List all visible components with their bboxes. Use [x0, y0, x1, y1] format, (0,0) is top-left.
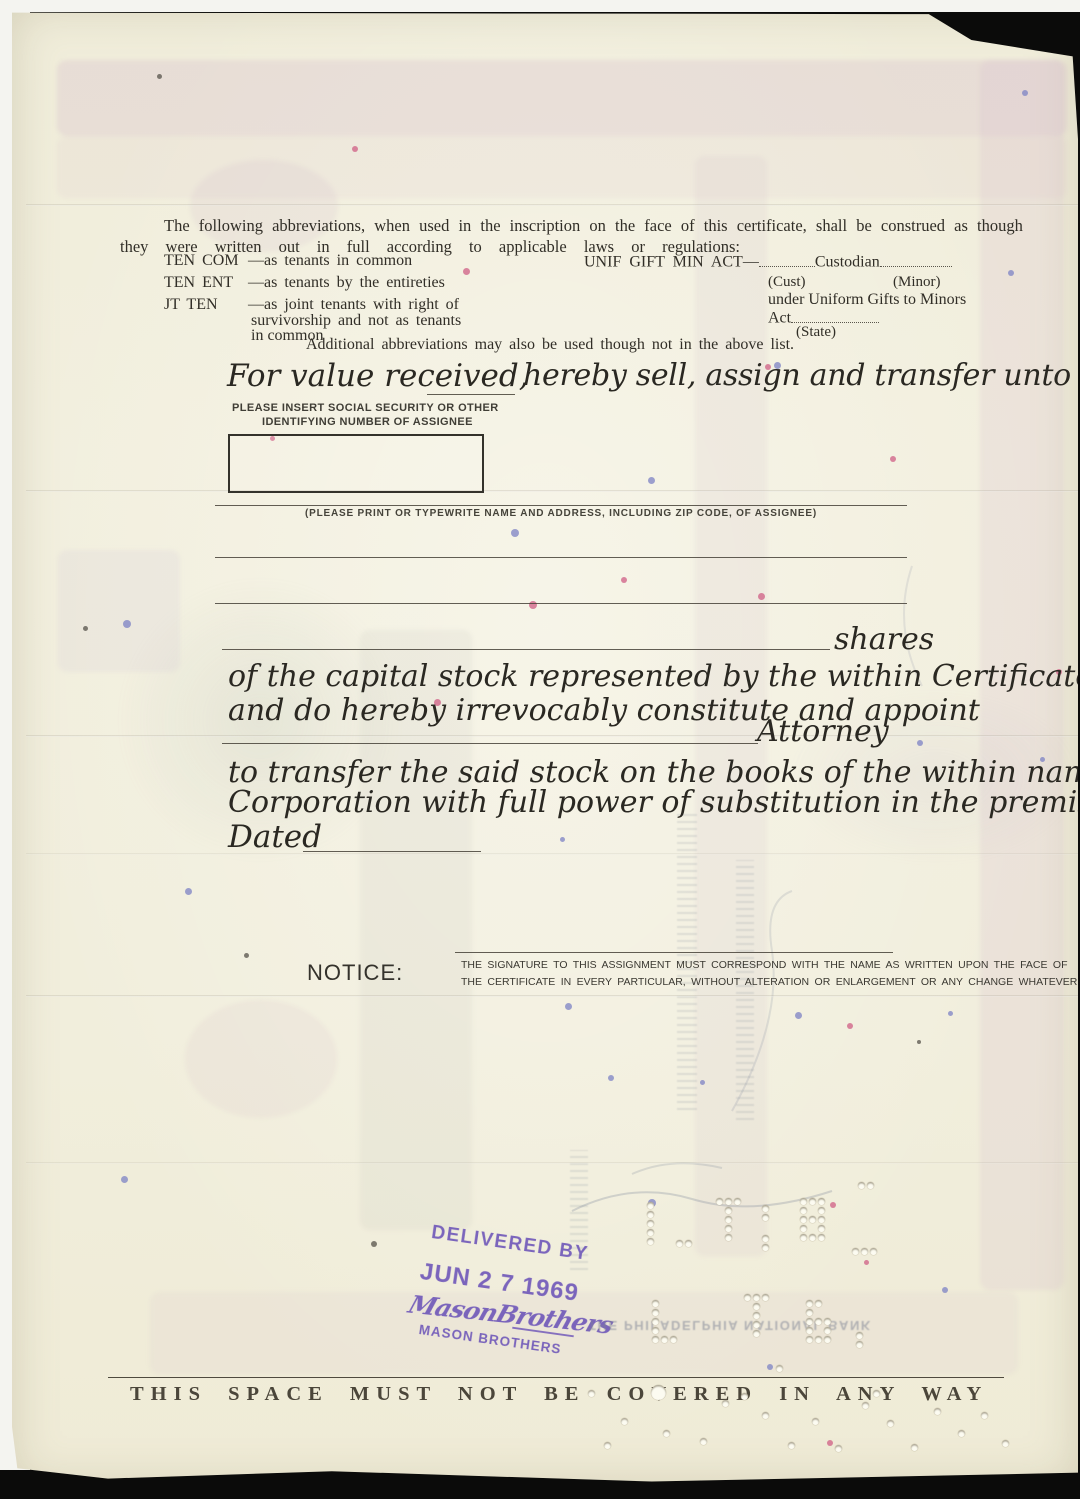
fold-crease	[26, 1162, 1080, 1164]
dated-blank-line	[303, 851, 481, 852]
perforation-hole	[806, 1309, 813, 1316]
perforation-hole	[588, 1390, 595, 1397]
security-speck	[700, 1080, 705, 1085]
perforation-hole	[725, 1198, 732, 1205]
perforation-hole	[621, 1418, 628, 1425]
for-value-received: For value received,	[227, 358, 529, 394]
security-speck	[864, 1260, 869, 1265]
abbreviations-intro-line1: The following abbreviations, when used i…	[120, 216, 1023, 236]
perforation-hole	[716, 1198, 723, 1205]
security-speck	[847, 1023, 853, 1029]
perforation-hole	[1002, 1440, 1009, 1447]
security-speck	[560, 837, 565, 842]
scanner-backdrop-top	[0, 0, 1080, 12]
attorney-blank-line	[222, 743, 758, 744]
perforation-hole	[856, 1332, 863, 1339]
security-speck	[942, 1287, 948, 1293]
security-speck	[244, 953, 249, 958]
perforation-hole	[753, 1294, 760, 1301]
perforation-hole	[753, 1321, 760, 1328]
perforation-hole	[661, 1336, 668, 1343]
perforation-hole	[815, 1318, 822, 1325]
shares-blank-line	[222, 649, 830, 650]
attorney-word: Attorney	[757, 714, 889, 749]
notice-text-line2: THE CERTIFICATE IN EVERY PARTICULAR, WIT…	[461, 976, 1080, 988]
security-speck	[827, 1440, 833, 1446]
perforation-hole	[934, 1408, 941, 1415]
certificate-back: The following abbreviations, when used i…	[12, 6, 1078, 1486]
security-speck	[1008, 270, 1014, 276]
perforation-hole	[862, 1402, 869, 1409]
perforation-hole	[762, 1205, 769, 1212]
security-speck	[565, 1003, 572, 1010]
perforation-hole	[858, 1182, 865, 1189]
security-speck	[890, 456, 896, 462]
assignor-blank-line	[427, 394, 515, 395]
perforation-hole	[652, 1309, 659, 1316]
assignee-id-number-box	[228, 434, 484, 493]
dotted-leader	[791, 308, 879, 323]
footer-rule	[108, 1377, 1004, 1378]
perforation-hole	[734, 1198, 741, 1205]
perforation-hole	[725, 1216, 732, 1223]
perforation-hole	[762, 1214, 769, 1221]
perforation-hole	[762, 1244, 769, 1251]
perforation-hole	[843, 1478, 860, 1495]
assignee-name-line-1	[215, 505, 907, 506]
perforation-hole	[873, 1390, 880, 1397]
notice-label: NOTICE:	[307, 960, 403, 986]
perforation-hole	[818, 1216, 825, 1223]
perforation-hole	[604, 1442, 611, 1449]
perforation-hole	[725, 1225, 732, 1232]
em-dash: —	[248, 252, 264, 269]
unif-gift-row: UNIF GIFT MIN ACT—Custodian	[584, 252, 952, 272]
unif-gift-label: UNIF GIFT MIN ACT—	[584, 254, 759, 271]
perforation-hole	[585, 1484, 598, 1497]
perforation-hole	[824, 1327, 831, 1334]
under-uniform-gifts: under Uniform Gifts to Minors	[768, 291, 966, 309]
perforation-hole	[652, 1327, 659, 1334]
perforation-hole	[762, 1294, 769, 1301]
perforation-hole	[762, 1412, 769, 1419]
perforation-hole	[815, 1300, 822, 1307]
custodian-label: Custodian	[815, 254, 880, 271]
perforation-hole	[651, 1385, 666, 1400]
perforation-hole	[753, 1330, 760, 1337]
abbrev-ten-com: TEN COM—as tenants in common	[164, 252, 412, 270]
dotted-leader	[880, 252, 952, 267]
perforation-hole	[809, 1216, 816, 1223]
perforation-hole	[809, 1234, 816, 1241]
ssn-instruction-line2: IDENTIFYING NUMBER OF ASSIGNEE	[262, 416, 473, 428]
dotted-leader	[759, 252, 815, 267]
perforation-hole	[818, 1198, 825, 1205]
security-speck	[948, 1011, 953, 1016]
abbrev-jt-ten-def: as joint tenants with right of	[264, 296, 459, 313]
perforation-hole	[812, 1418, 819, 1425]
perforation-hole	[788, 1442, 795, 1449]
perforation-hole	[806, 1318, 813, 1325]
perforation-hole	[652, 1336, 659, 1343]
perforation-hole	[725, 1234, 732, 1241]
abbrev-ten-ent: TEN ENT—as tenants by the entireties	[164, 274, 445, 292]
perforation-hole	[867, 1182, 874, 1189]
minor-label: (Minor)	[893, 274, 941, 291]
perforation-hole	[824, 1318, 831, 1325]
footer-notice: THIS SPACE MUST NOT BE COVERED IN ANY WA…	[130, 1383, 980, 1406]
perforation-hole	[818, 1234, 825, 1241]
perforation-hole	[685, 1240, 692, 1247]
ssn-instruction-line1: PLEASE INSERT SOCIAL SECURITY OR OTHER	[232, 402, 499, 414]
perforation-hole	[676, 1240, 683, 1247]
fold-crease	[26, 735, 1080, 737]
perforation-hole	[700, 1438, 707, 1445]
abbrev-ten-com-code: TEN COM	[164, 252, 248, 270]
security-speck	[185, 888, 192, 895]
act-label: Act	[768, 310, 791, 327]
additional-abbreviations: Additional abbreviations may also be use…	[306, 336, 794, 354]
perforation-hole	[818, 1207, 825, 1214]
security-speck	[83, 626, 88, 631]
perforation-hole	[835, 1445, 842, 1452]
security-speck	[511, 529, 519, 537]
security-speck	[463, 268, 470, 275]
security-speck	[352, 146, 358, 152]
perforation-hole	[762, 1235, 769, 1242]
shares-word: shares	[834, 622, 934, 657]
security-speck	[123, 620, 131, 628]
abbrev-ten-ent-def: as tenants by the entireties	[264, 274, 445, 291]
notice-text-line1: THE SIGNATURE TO THIS ASSIGNMENT MUST CO…	[461, 959, 1068, 971]
cust-label: (Cust)	[768, 274, 806, 291]
perforation-hole	[852, 1248, 859, 1255]
abbrev-ten-com-def: as tenants in common	[264, 252, 412, 269]
assignee-name-line-3	[215, 603, 907, 604]
perforation-hole	[722, 1400, 729, 1407]
perforation-hole	[856, 1341, 863, 1348]
perforation-hole	[753, 1303, 760, 1310]
perforation-hole	[725, 1207, 732, 1214]
perforation-hole	[958, 1430, 965, 1437]
security-speck	[608, 1075, 614, 1081]
security-speck	[121, 1176, 128, 1183]
perforation-hole	[981, 1412, 988, 1419]
security-speck	[648, 477, 655, 484]
perforation-hole	[800, 1207, 807, 1214]
perforation-hole	[815, 1336, 822, 1343]
perforation-hole	[911, 1444, 918, 1451]
perforation-hole	[647, 1202, 654, 1209]
fold-crease	[26, 490, 1080, 492]
security-speck	[371, 1241, 377, 1247]
em-dash: —	[248, 274, 264, 291]
security-speck	[767, 1364, 773, 1370]
corporation-line: Corporation with full power of substitut…	[228, 785, 1080, 820]
fold-crease	[26, 995, 1080, 997]
perforation-hole	[744, 1294, 751, 1301]
sell-assign-transfer: hereby sell, assign and transfer unto	[523, 358, 1071, 393]
security-speck	[621, 577, 627, 583]
perforation-hole	[647, 1229, 654, 1236]
perforation-hole	[776, 1365, 783, 1372]
perforation-hole	[652, 1300, 659, 1307]
perforation-hole	[647, 1238, 654, 1245]
abbrev-jt-ten-code: JT TEN	[164, 296, 248, 314]
scan-stage: The following abbreviations, when used i…	[0, 0, 1080, 1499]
perforation-hole	[800, 1198, 807, 1205]
capital-stock-line: of the capital stock represented by the …	[228, 659, 1080, 694]
perforation-hole	[887, 1420, 894, 1427]
perforation-hole	[741, 1393, 748, 1400]
print-typewrite-label: (PLEASE PRINT OR TYPEWRITE NAME AND ADDR…	[215, 508, 907, 519]
perforation-hole	[824, 1336, 831, 1343]
state-label: (State)	[796, 324, 836, 341]
perforation-hole	[806, 1300, 813, 1307]
perforation-hole	[800, 1216, 807, 1223]
security-speck	[795, 1012, 802, 1019]
perforation-hole	[809, 1198, 816, 1205]
perforation-hole	[647, 1211, 654, 1218]
perforation-hole	[670, 1336, 677, 1343]
fold-crease	[26, 853, 1080, 855]
security-speck	[917, 740, 923, 746]
perforation-hole	[800, 1225, 807, 1232]
perforation-hole	[800, 1234, 807, 1241]
signature-line	[455, 952, 893, 953]
security-speck	[1022, 90, 1028, 96]
em-dash: —	[248, 296, 264, 313]
abbrev-ten-ent-code: TEN ENT	[164, 274, 248, 292]
perforation-hole	[806, 1336, 813, 1343]
perforation-hole	[818, 1225, 825, 1232]
perforation-hole	[663, 1430, 670, 1437]
assignee-name-line-2	[215, 557, 907, 558]
security-speck	[758, 593, 765, 600]
dated-word: Dated	[228, 819, 322, 855]
perforation-hole	[806, 1327, 813, 1334]
security-speck	[917, 1040, 921, 1044]
fold-crease	[26, 204, 1080, 206]
perforation-hole	[647, 1220, 654, 1227]
perforation-hole	[753, 1312, 760, 1319]
perforation-hole	[870, 1248, 877, 1255]
perforation-hole	[861, 1248, 868, 1255]
security-speck	[830, 1202, 836, 1208]
security-speck	[157, 74, 162, 79]
perforation-hole	[652, 1318, 659, 1325]
